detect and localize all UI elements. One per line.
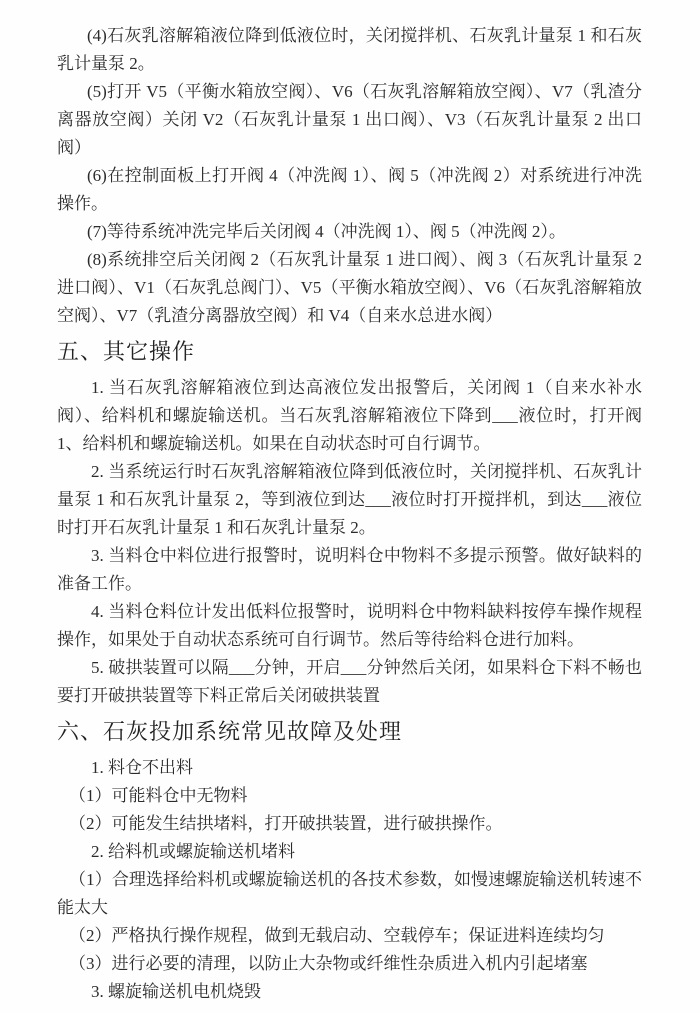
paragraph-fault-2-measure-2: （2）严格执行操作规程，做到无载启动、空载停车；保证进料连续均匀	[57, 922, 642, 950]
section-heading-common-faults: 六、石灰投加系统常见故障及处理	[57, 716, 642, 748]
paragraph-step-7: (7)等待系统冲洗完毕后关闭阀 4（冲洗阀 1）、阀 5（冲洗阀 2）。	[57, 218, 642, 246]
paragraph-step-8: (8)系统排空后关闭阀 2（石灰乳计量泵 1 进口阀）、阀 3（石灰乳计量泵 2…	[57, 246, 642, 330]
paragraph-fault-2-measure-1: （1）合理选择给料机或螺旋输送机的各技术参数，如慢速螺旋输送机转速不能太大	[57, 866, 642, 922]
paragraph-fault-1: 1. 料仓不出料	[57, 754, 642, 782]
paragraph-step-6: (6)在控制面板上打开阀 4（冲洗阀 1）、阀 5（冲洗阀 2）对系统进行冲洗操…	[57, 162, 642, 218]
paragraph-fault-1-cause-1: （1）可能料仓中无物料	[57, 782, 642, 810]
paragraph-fault-2-measure-3: （3）进行必要的清理，以防止大杂物或纤维性杂质进入机内引起堵塞	[57, 950, 642, 978]
paragraph-fault-1-cause-2: （2）可能发生结拱堵料，打开破拱装置，进行破拱操作。	[57, 810, 642, 838]
paragraph-item-5: 5. 破拱装置可以隔___分钟，开启___分钟然后关闭，如果料仓下料不畅也要打开…	[57, 654, 642, 710]
paragraph-step-5: (5)打开 V5（平衡水箱放空阀）、V6（石灰乳溶解箱放空阀）、V7（乳渣分离器…	[57, 78, 642, 162]
paragraph-item-4: 4. 当料仓料位计发出低料位报警时，说明料仓中物料缺料按停车操作规程操作，如果处…	[57, 598, 642, 654]
paragraph-step-4: (4)石灰乳溶解箱液位降到低液位时，关闭搅拌机、石灰乳计量泵 1 和石灰乳计量泵…	[57, 22, 642, 78]
document-page: (4)石灰乳溶解箱液位降到低液位时，关闭搅拌机、石灰乳计量泵 1 和石灰乳计量泵…	[0, 0, 700, 1013]
paragraph-item-1: 1. 当石灰乳溶解箱液位到达高液位发出报警后，关闭阀 1（自来水补水阀）、给料机…	[57, 374, 642, 458]
paragraph-item-3: 3. 当料仓中料位进行报警时，说明料仓中物料不多提示预警。做好缺料的准备工作。	[57, 542, 642, 598]
paragraph-item-2: 2. 当系统运行时石灰乳溶解箱液位降到低液位时，关闭搅拌机、石灰乳计量泵 1 和…	[57, 458, 642, 542]
paragraph-fault-3: 3. 螺旋输送机电机烧毁	[57, 978, 642, 1006]
paragraph-fault-2: 2. 给料机或螺旋输送机堵料	[57, 838, 642, 866]
section-heading-other-operations: 五、其它操作	[57, 336, 642, 368]
